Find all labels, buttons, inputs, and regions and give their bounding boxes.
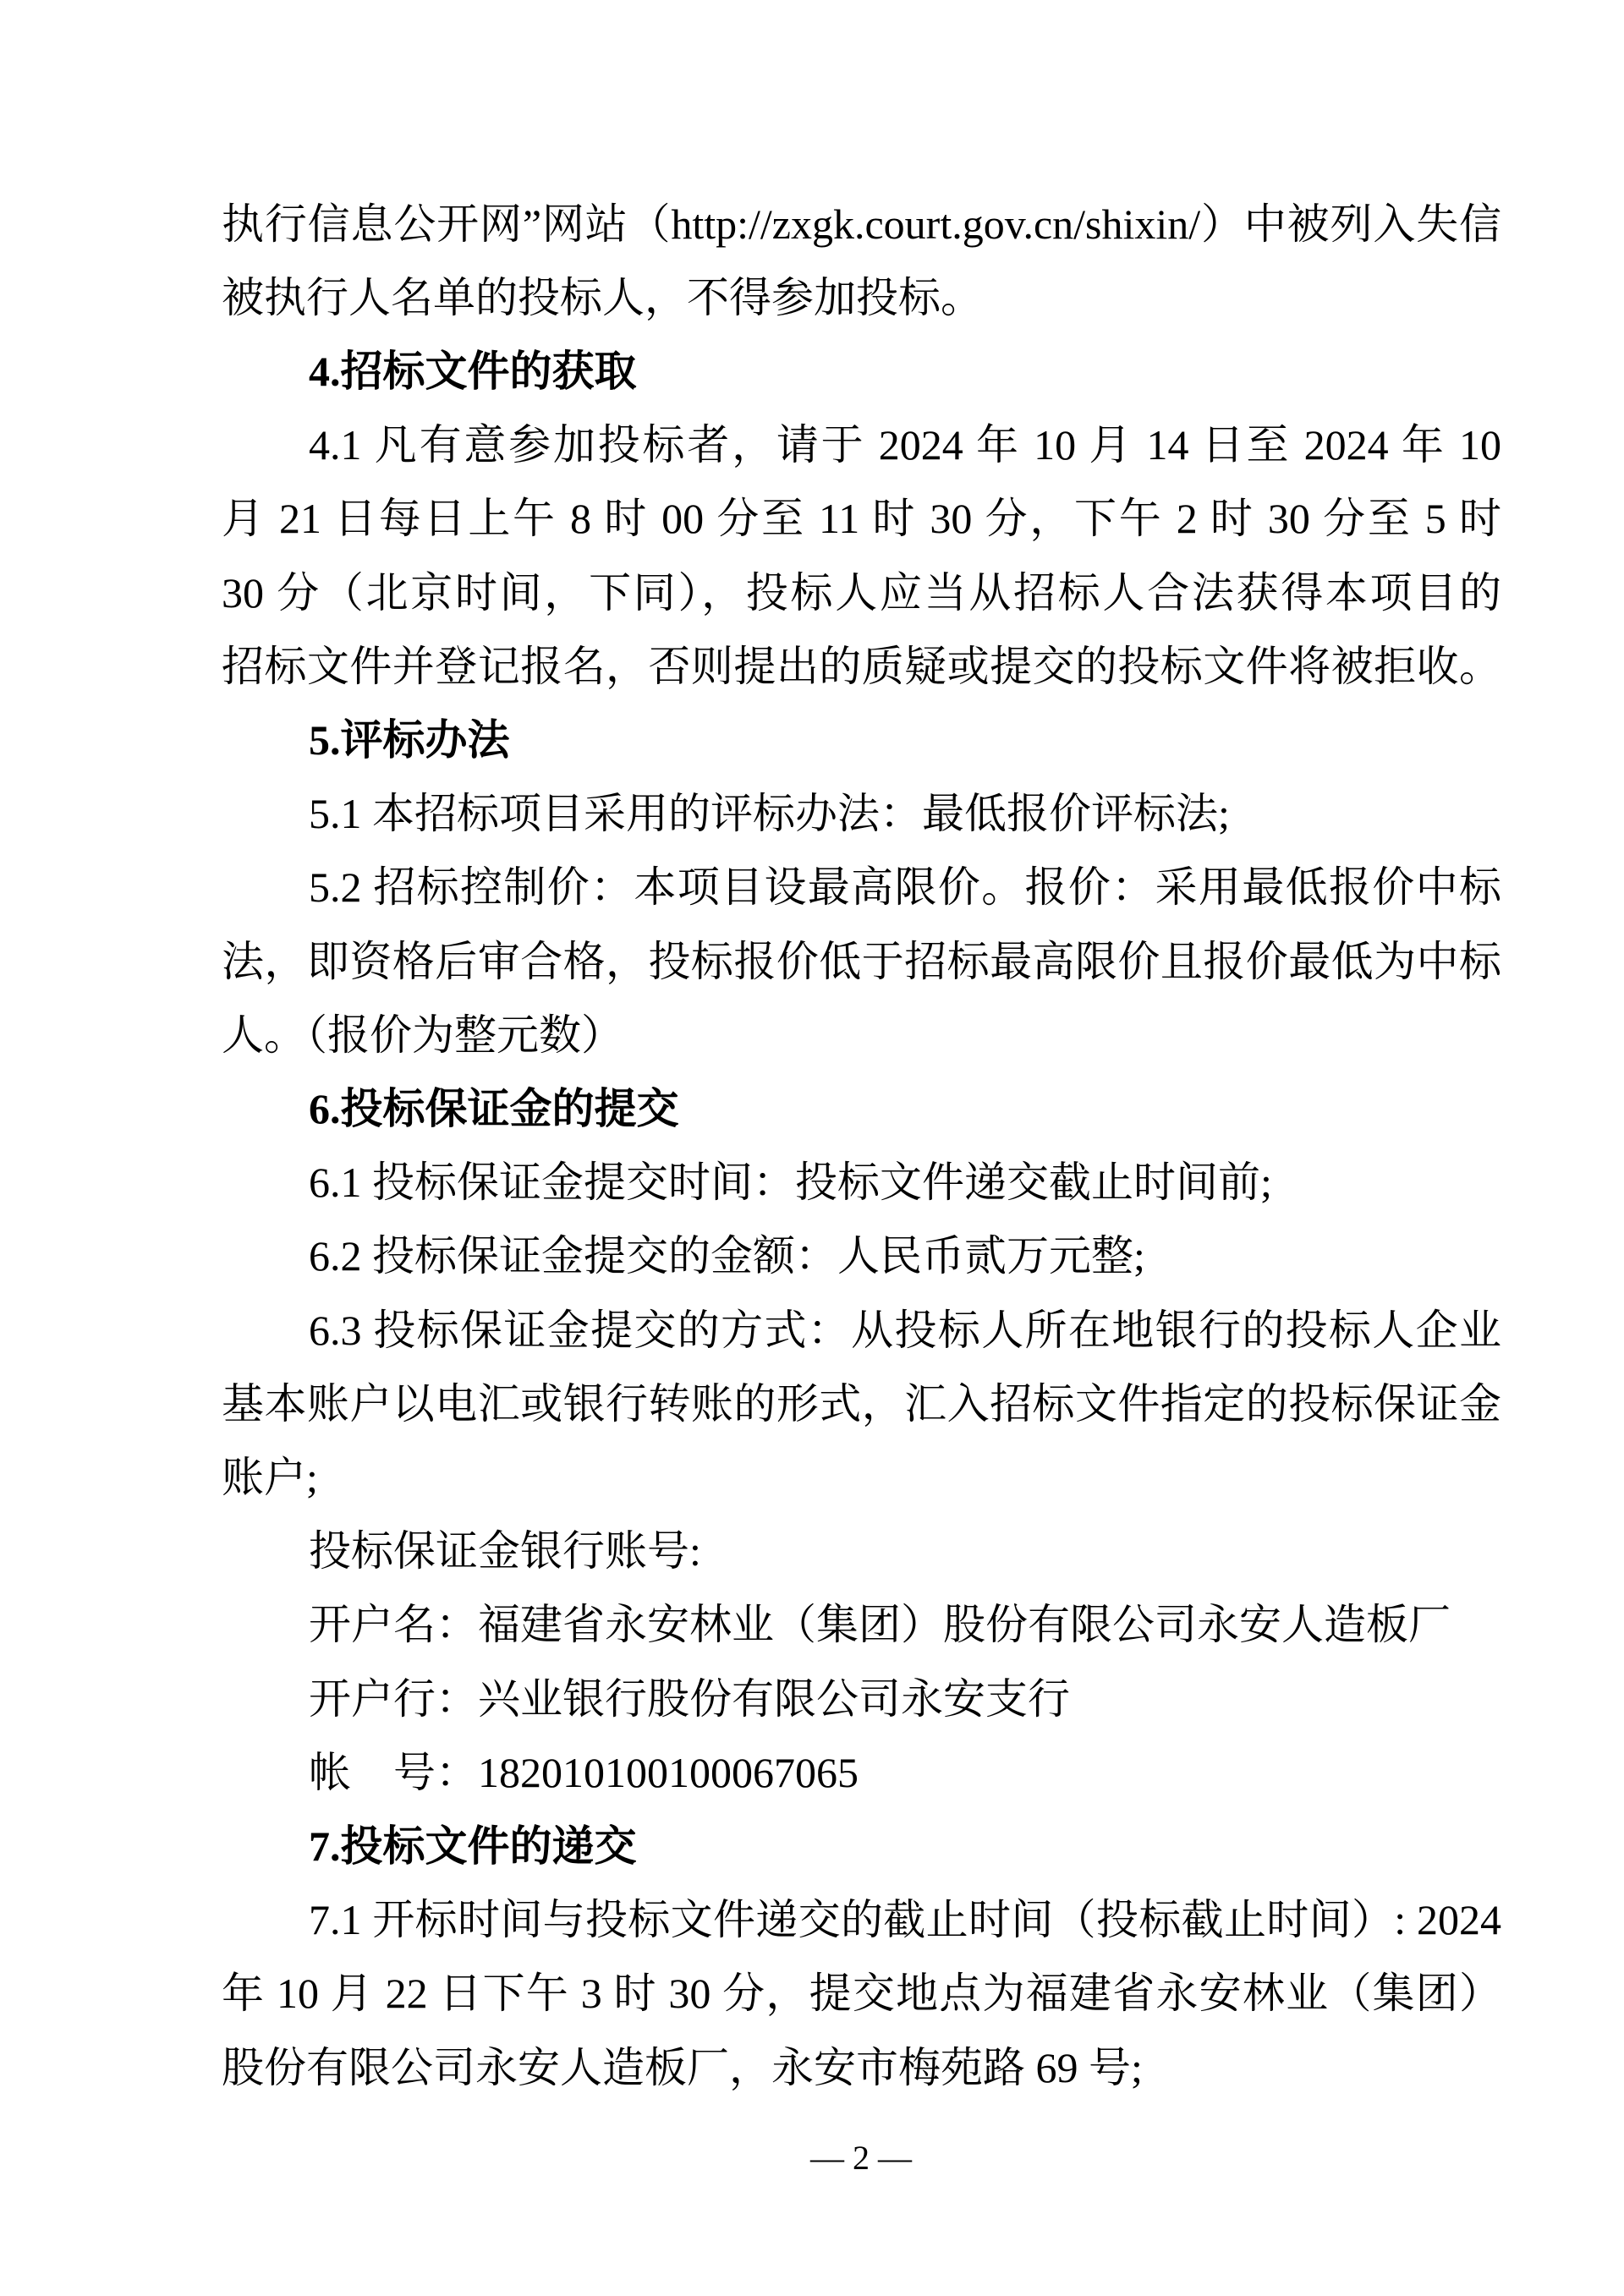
text-line: 人。（报价为整元数） bbox=[222, 999, 1501, 1072]
text-line: 招标文件并登记报名，否则提出的质疑或提交的投标文件将被拒收。 bbox=[222, 630, 1501, 704]
text-line: 股份有限公司永安人造板厂，永安市梅苑路 69 号; bbox=[222, 2031, 1501, 2105]
section-heading: 7.投标文件的递交 bbox=[309, 1810, 1501, 1883]
text-line: 执行信息公开网”网站（http://zxgk.court.gov.cn/shix… bbox=[222, 188, 1501, 261]
text-line: 6.1 投标保证金提交时间：投标文件递交截止时间前; bbox=[309, 1146, 1501, 1219]
section-heading: 4.招标文件的获取 bbox=[309, 335, 1501, 408]
account-name: 开户名：福建省永安林业（集团）股份有限公司永安人造板厂 bbox=[309, 1588, 1501, 1662]
page-number: — 2 — bbox=[0, 2137, 1624, 2179]
section-heading: 5.评标办法 bbox=[309, 704, 1501, 777]
text-line: 6.3 投标保证金提交的方式：从投标人所在地银行的投标人企业 bbox=[309, 1294, 1501, 1367]
text-line: 法，即资格后审合格，投标报价低于招标最高限价且报价最低为中标 bbox=[222, 925, 1501, 999]
section-heading: 6.投标保证金的提交 bbox=[309, 1072, 1501, 1146]
bank-account-label: 投标保证金银行账号: bbox=[309, 1515, 1501, 1588]
text-line: 30 分（北京时间，下同），投标人应当从招标人合法获得本项目的 bbox=[222, 556, 1501, 630]
text-line: 7.1 开标时间与投标文件递交的截止时间（投标截止时间）: 2024 bbox=[309, 1883, 1501, 1957]
text-line: 5.1 本招标项目采用的评标办法：最低报价评标法; bbox=[309, 777, 1501, 851]
text-line: 5.2 招标控制价：本项目设最高限价。报价：采用最低报价中标 bbox=[309, 851, 1501, 924]
text-line: 年 10 月 22 日下午 3 时 30 分，提交地点为福建省永安林业（集团） bbox=[222, 1957, 1501, 2030]
document-page: 执行信息公开网”网站（http://zxgk.court.gov.cn/shix… bbox=[0, 0, 1624, 2296]
account-bank: 开户行：兴业银行股份有限公司永安支行 bbox=[309, 1663, 1501, 1736]
text-line: 账户; bbox=[222, 1441, 1501, 1515]
text-line: 6.2 投标保证金提交的金额：人民币贰万元整; bbox=[309, 1219, 1501, 1293]
text-line: 被执行人名单的投标人，不得参加投标。 bbox=[222, 261, 1501, 335]
text-line: 基本账户以电汇或银行转账的形式，汇入招标文件指定的投标保证金 bbox=[222, 1367, 1501, 1441]
text-line: 月 21 日每日上午 8 时 00 分至 11 时 30 分，下午 2 时 30… bbox=[222, 482, 1501, 556]
text-line: 4.1 凡有意参加投标者，请于 2024 年 10 月 14 日至 2024 年… bbox=[309, 408, 1501, 482]
account-number: 帐 号：182010100100067065 bbox=[309, 1736, 1501, 1810]
